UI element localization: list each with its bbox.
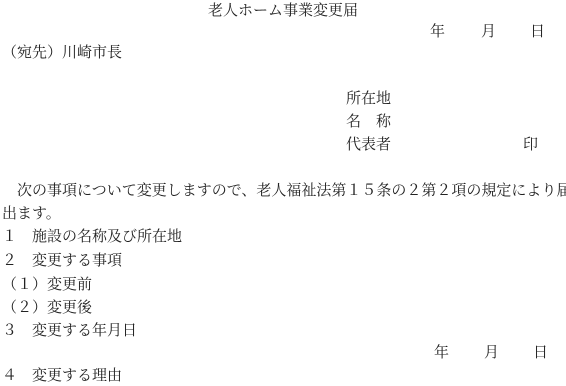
list-item-2-sub-1: （１）変更前 xyxy=(2,274,566,297)
name-label: 名 称 xyxy=(346,111,391,134)
item3-date-line: 年 月 日 xyxy=(2,342,566,365)
body-paragraph-line1: 次の事項について変更しますので、老人福祉法第１５条の２第２項の規定により届け xyxy=(2,180,566,203)
seal-label: 印 xyxy=(523,134,538,157)
header-day-label: 日 xyxy=(530,21,545,44)
document-page: 老人ホーム事業変更届 年 月 日 （宛先）川崎市長 所在地 名 称 代表者 印 … xyxy=(0,0,566,386)
item3-month-label: 月 xyxy=(484,342,499,365)
list-item-2-sub-2: （２）変更後 xyxy=(2,297,566,320)
list-item-1: １ 施設の名称及び所在地 xyxy=(2,226,566,249)
applicant-representative-line: 代表者 印 xyxy=(2,134,566,157)
header-year-label: 年 xyxy=(430,21,445,44)
header-date-line: 年 月 日 xyxy=(2,21,566,44)
applicant-name-line: 名 称 xyxy=(2,111,566,134)
list-item-3: ３ 変更する年月日 xyxy=(2,320,566,343)
body-paragraph-line2: 出ます。 xyxy=(2,203,566,226)
header-month-label: 月 xyxy=(481,21,496,44)
item3-year-label: 年 xyxy=(434,342,449,365)
item3-day-label: 日 xyxy=(533,342,548,365)
addressee-line: （宛先）川崎市長 xyxy=(2,42,566,65)
list-item-4: ４ 変更する理由 xyxy=(2,365,566,386)
applicant-location-line: 所在地 xyxy=(2,88,566,111)
location-label: 所在地 xyxy=(346,88,391,111)
document-title: 老人ホーム事業変更届 xyxy=(0,0,566,23)
representative-label: 代表者 xyxy=(346,134,391,157)
list-item-2: ２ 変更する事項 xyxy=(2,250,566,273)
